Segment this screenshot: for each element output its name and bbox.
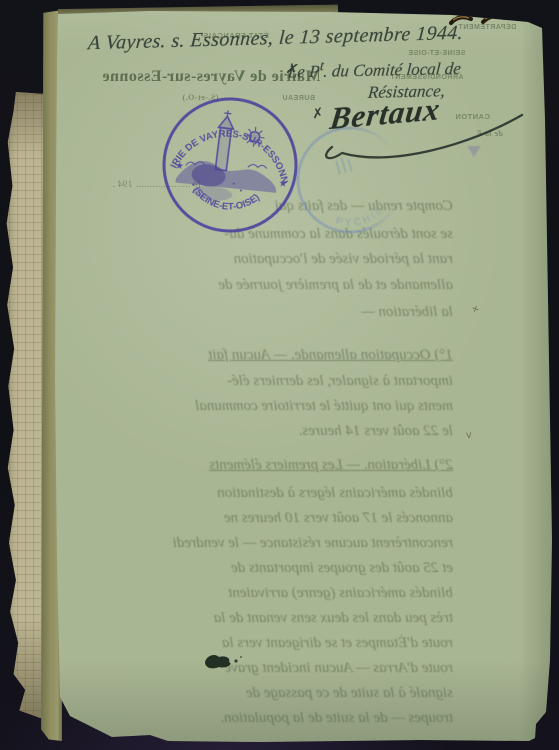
showthrough-s-et-o: (S.-et-O.) xyxy=(182,93,219,102)
crease-mark-lower: v xyxy=(465,430,472,442)
verso-showthrough-line: important à signaler, les derniers élé- xyxy=(105,373,453,390)
mairie-round-stamp: MAIRIE DE VAYRES-SUR-ESSONNES (SEINE-ET-… xyxy=(146,81,313,248)
verso-showthrough-line: blindés américains légers à destination xyxy=(105,485,453,502)
staple-rust-marks xyxy=(447,11,511,33)
verso-showthrough-line: blindés américains (genre) arrivaient xyxy=(105,585,453,602)
role-suffix: . du Comité local de xyxy=(323,59,462,81)
verso-showthrough-line: signalé à la suite de ce passage de xyxy=(105,685,453,702)
showthrough-printed-dateline: le .................... 194 . xyxy=(112,179,201,189)
verso-showthrough-line: 2°) Libération. — Les premiers éléments xyxy=(105,457,453,474)
signature-flourish xyxy=(318,95,530,167)
handwritten-role-line: Le Pt. du Comité local de xyxy=(287,55,462,82)
scanned-document-photo: ÉTAT FRANÇAIS DÉPARTEMENT SEINE-ET-OISE … xyxy=(0,0,559,750)
verso-showthrough-line: 1°) Occupation allemande. — Aucun fait xyxy=(105,347,453,364)
ink-blot xyxy=(203,652,245,674)
verso-showthrough-line: annoncés le 17 août vers 10 heures ne xyxy=(105,510,453,527)
crease-mark-upper: + xyxy=(469,303,481,316)
verso-showthrough-line: allemande et de la première journée de xyxy=(105,277,453,294)
verso-showthrough-line: très peu dans les deux sens venant de la xyxy=(105,610,453,627)
stamp-star-left: ★ xyxy=(174,160,184,172)
verso-showthrough-line: la libération — xyxy=(105,304,453,321)
verso-showthrough-line: route d'Étampes et se dirigeant vers la xyxy=(105,635,453,652)
stamp-ring xyxy=(156,91,303,238)
stamp-title-arc: MAIRIE DE VAYRES-SUR-ESSONNES xyxy=(168,122,295,186)
verso-showthrough-line: le 22 août vers 14 heures. xyxy=(105,423,453,440)
verso-showthrough-line: se sont déroulés dans la commune du- xyxy=(105,226,453,243)
stamp-emblem xyxy=(174,105,285,208)
stamp-star-right: ★ xyxy=(278,178,288,190)
showthrough-bureau: BUREAU xyxy=(282,95,315,102)
verso-showthrough-line: rant la période visée de l'occupation xyxy=(105,251,453,268)
verso-showthrough-line: et 25 août des groupes importants de xyxy=(105,560,453,577)
letter-paper: ÉTAT FRANÇAIS DÉPARTEMENT SEINE-ET-OISE … xyxy=(0,0,559,750)
verso-showthrough-line: troupes — de la suite de la population. xyxy=(105,710,453,727)
verso-showthrough-line: rencontrèrent aucune résistance — le ven… xyxy=(105,535,453,552)
verso-showthrough-line: Compte rendu — des faits qui xyxy=(105,198,453,215)
verso-showthrough-line: ments qui ont quitté le territoire commu… xyxy=(105,398,453,415)
verso-showthrough-line: route d'Arras — Aucun incident grave xyxy=(105,660,453,677)
